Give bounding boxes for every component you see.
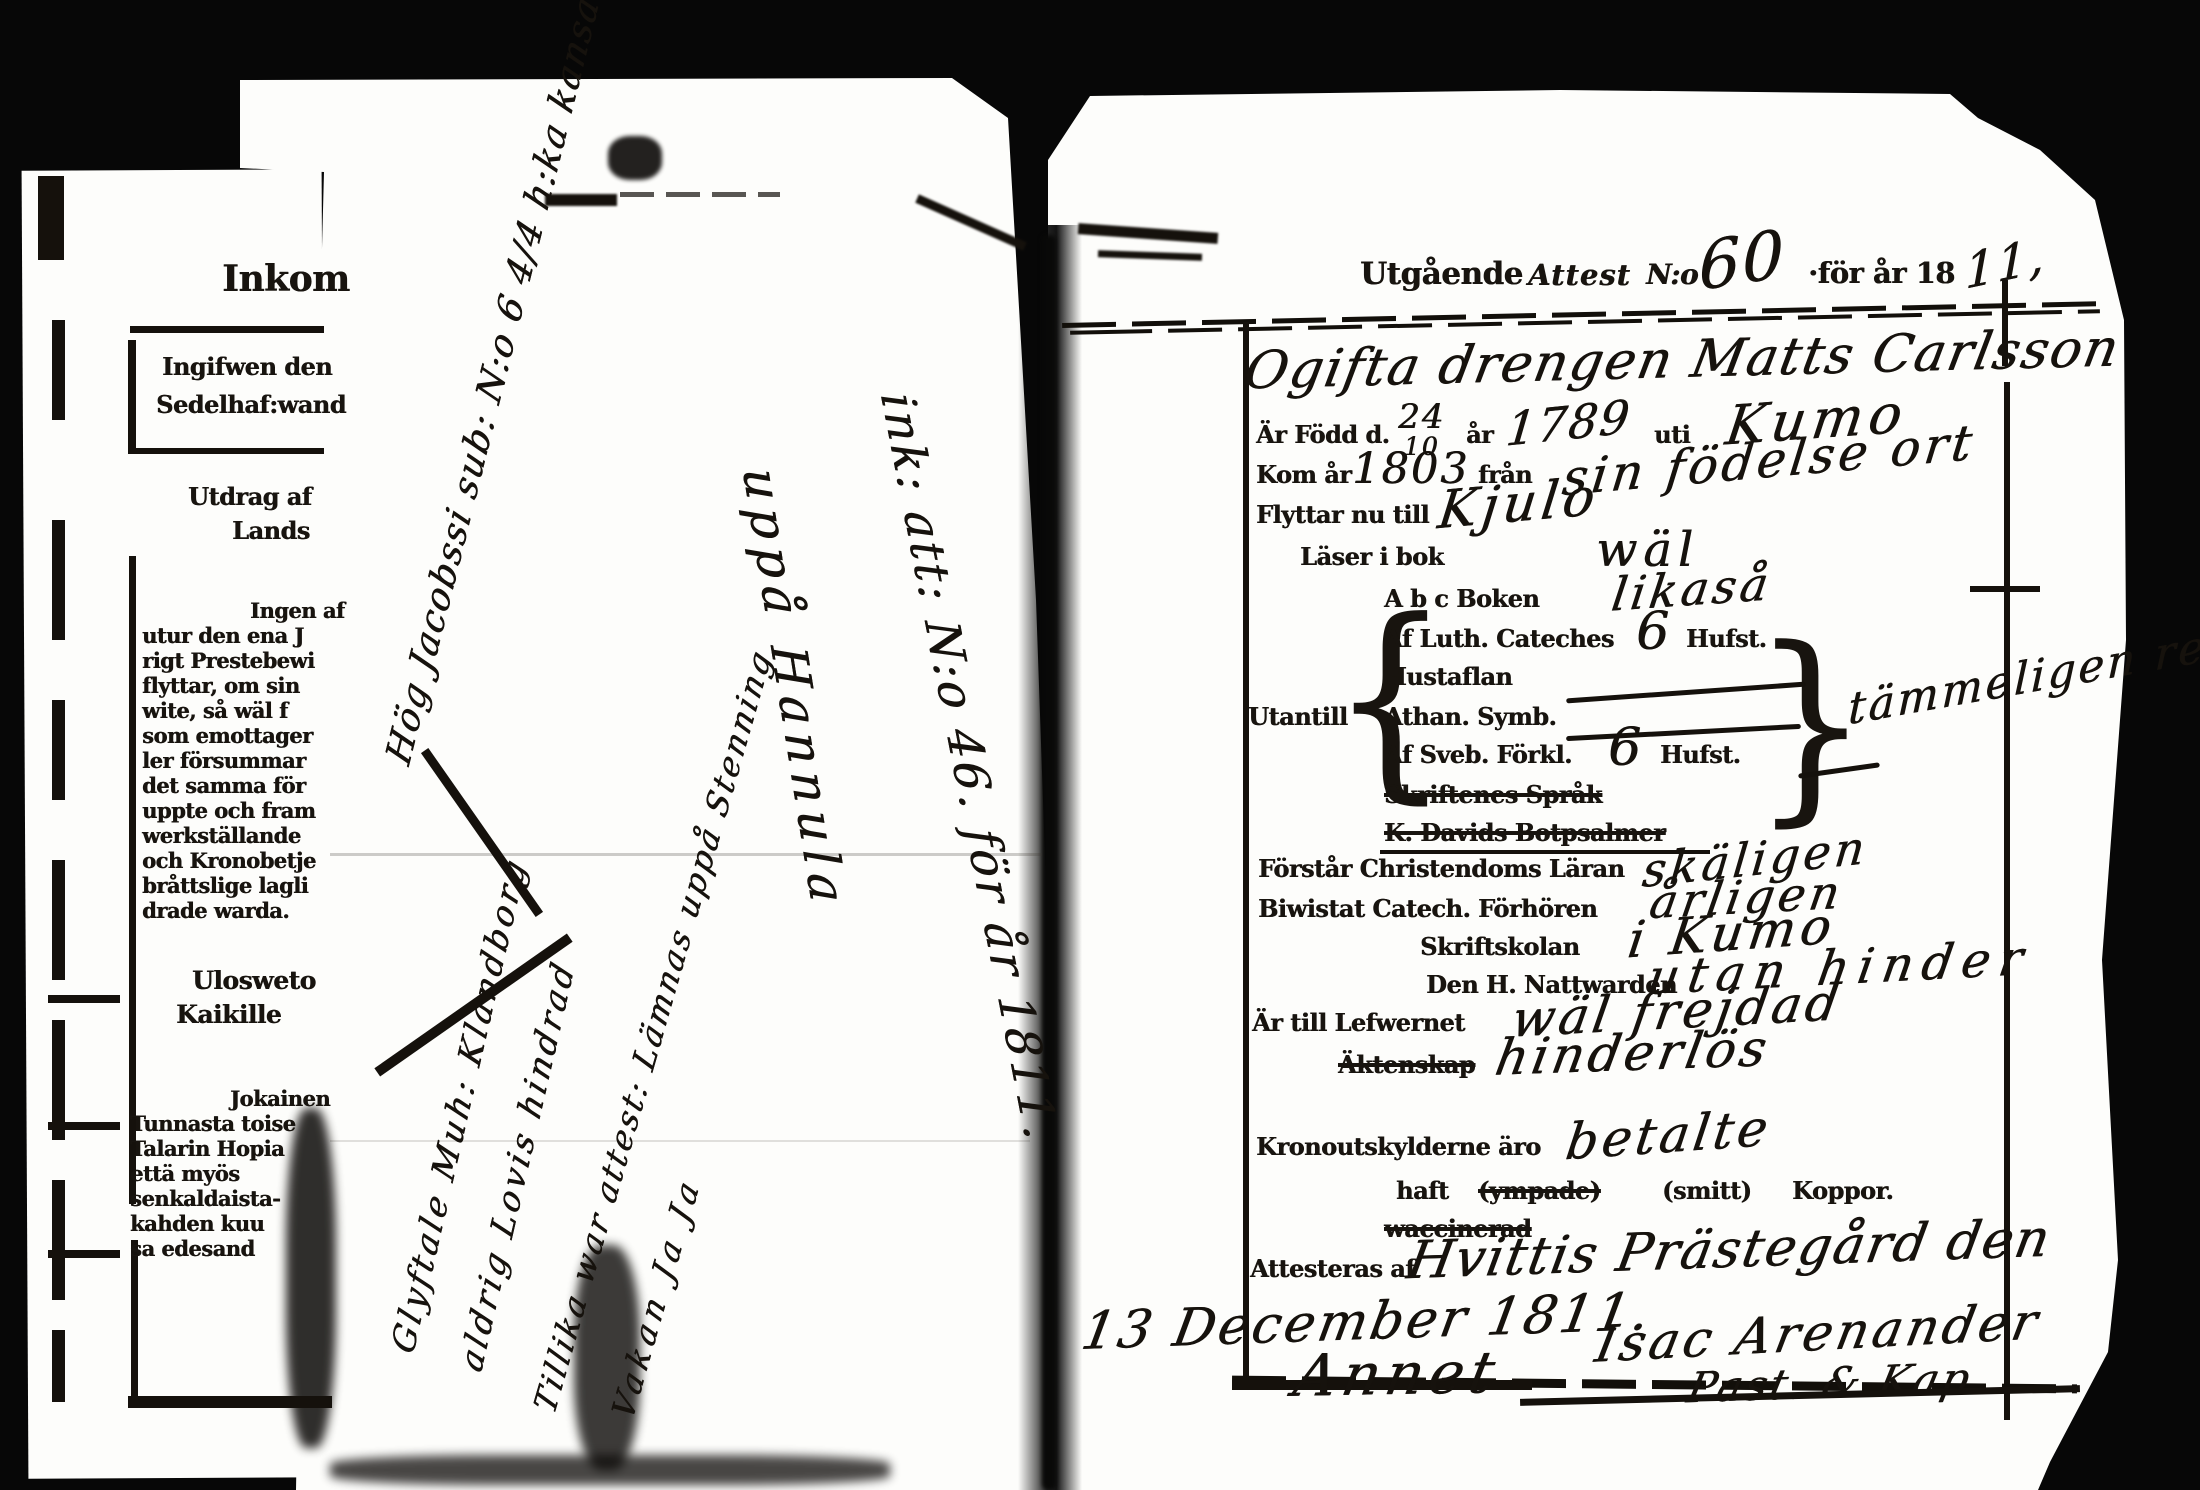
label-koppor: Koppor. — [1792, 1176, 1893, 1205]
label-sveb: Af Sveb. Förkl. — [1384, 740, 1572, 769]
sv-par-line-6: ler försummar — [142, 748, 306, 773]
left-rule-1 — [130, 326, 324, 333]
label-haft: haft — [1396, 1176, 1448, 1205]
label-smitt: (smitt) — [1662, 1176, 1751, 1205]
label-aktenskap-struck: Äktenskap — [1338, 1050, 1475, 1079]
sv-par-line-1: utur den ena J — [142, 623, 304, 648]
sv-par-line-5: som emottager — [142, 723, 313, 748]
label-davids-struck: K. Davids Botpsalmer — [1384, 818, 1665, 847]
sv-par-line-2: rigt Prestebewi — [142, 648, 314, 673]
label-lefwernet: Är till Lefwernet — [1252, 1008, 1465, 1037]
left-bottom-border — [128, 1396, 332, 1408]
label-krono: Kronoutskylderne äro — [1256, 1132, 1541, 1161]
entry-luth-count: 6 — [1636, 602, 1671, 662]
form-border-left — [1243, 322, 1249, 1378]
entry-bottom-note: Annet — [1288, 1338, 1505, 1410]
bottom-scruff-band — [330, 1455, 890, 1485]
header-number-hand: 60 — [1698, 215, 1786, 307]
header-word-forar: ·för år 18 — [1808, 256, 1955, 290]
sv-par-line-4: wite, så wäl f — [142, 698, 288, 723]
label-athan: Athan. Symb. — [1384, 702, 1556, 731]
left-row1: Ingifwen den — [162, 352, 332, 381]
label-attesteras: Attesteras af — [1250, 1254, 1415, 1283]
fi-par-line-3: että myös — [130, 1161, 239, 1186]
left-inner-vrule — [129, 556, 136, 1204]
left-edge-dash-6 — [52, 1180, 65, 1300]
header-word-attest: Attest — [1528, 258, 1631, 292]
fi-par-line-0: Jokainen — [230, 1086, 330, 1111]
left-margin-tick-2 — [48, 1122, 120, 1130]
left-sub1: Ulosweto — [192, 966, 316, 995]
label-born-year: år — [1466, 420, 1493, 449]
ink-blot-top — [608, 136, 662, 180]
entry-born-day: 24 — [1398, 400, 1445, 434]
left-sub2: Kaikille — [176, 1000, 281, 1029]
label-luth: Af Luth. Cateches — [1384, 624, 1614, 653]
left-edge-dash-7 — [52, 1330, 65, 1402]
label-biwistat: Biwistat Catech. Förhören — [1258, 894, 1597, 923]
left-edge-dash-4 — [52, 860, 65, 980]
left-margin-tick-3 — [48, 1250, 120, 1258]
form-border-right-tick — [1970, 586, 2040, 592]
left-row3: Utdrag af — [188, 482, 312, 511]
entry-aktenskap: hinderlös — [1491, 1019, 1775, 1087]
gutter-core — [1042, 235, 1056, 1490]
label-hustaflan: Hustaflan — [1384, 662, 1512, 691]
fi-par-line-2: Talarin Hopia — [130, 1136, 284, 1161]
left-edge-dash-2 — [52, 520, 65, 640]
label-forstar: Förstår Christendoms Läran — [1258, 854, 1624, 883]
label-moves: Flyttar nu till — [1256, 500, 1429, 529]
left-margin-tick-1 — [48, 995, 120, 1003]
label-abc: A b c Boken — [1384, 584, 1539, 613]
top-edge-scruff2 — [620, 192, 780, 197]
fi-par-line-1: Tunnasta toise — [130, 1111, 295, 1136]
entry-sveb-count: 6 — [1608, 718, 1643, 778]
fi-par-line-6: sa edesand — [130, 1236, 255, 1261]
label-skriftenes-struck: Skriftenes Språk — [1384, 780, 1602, 809]
scanned-document: Inkom Ingifwen den Sedelhaf:wand Utdrag … — [0, 0, 2200, 1490]
left-edge-dash-1 — [52, 320, 65, 420]
left-row2: Sedelhaf:wand — [156, 390, 346, 419]
left-inner-vrule-2 — [131, 1240, 138, 1396]
sv-par-line-7: det samma för — [142, 773, 305, 798]
label-came: Kom år — [1256, 460, 1351, 489]
label-sveb-suffix: Hufst. — [1660, 740, 1740, 769]
left-edge-dash-3 — [52, 700, 65, 800]
left-rule-2 — [128, 448, 324, 454]
label-utantill: Utantill — [1248, 702, 1347, 731]
label-ympade-struck: (ympade) — [1478, 1176, 1600, 1205]
left-box-vrule — [128, 340, 136, 454]
header-word-no: N:o — [1646, 258, 1698, 291]
left-masthead: Inkom — [222, 258, 350, 300]
sv-par-line-8: uppte och fram — [142, 798, 315, 823]
left-row4: Lands — [232, 516, 310, 545]
header-word-utgaende: Utgående — [1360, 256, 1523, 292]
sv-par-line-3: flyttar, om sin — [142, 673, 300, 698]
fi-par-line-5: kahden kuu — [130, 1211, 264, 1236]
sv-par-line-10: och Kronobetje — [142, 848, 316, 873]
sv-par-line-9: werkställande — [142, 823, 301, 848]
sv-par-line-0: Ingen af — [250, 598, 344, 623]
label-luth-suffix: Hufst. — [1686, 624, 1766, 653]
label-skriftskolan: Skriftskolan — [1420, 932, 1579, 961]
sv-par-line-12: drade warda. — [142, 898, 289, 923]
sv-par-line-11: bråttslige lagli — [142, 873, 308, 898]
left-page-edge-bar — [38, 176, 64, 260]
fi-par-line-4: senkaldaista- — [130, 1186, 280, 1211]
